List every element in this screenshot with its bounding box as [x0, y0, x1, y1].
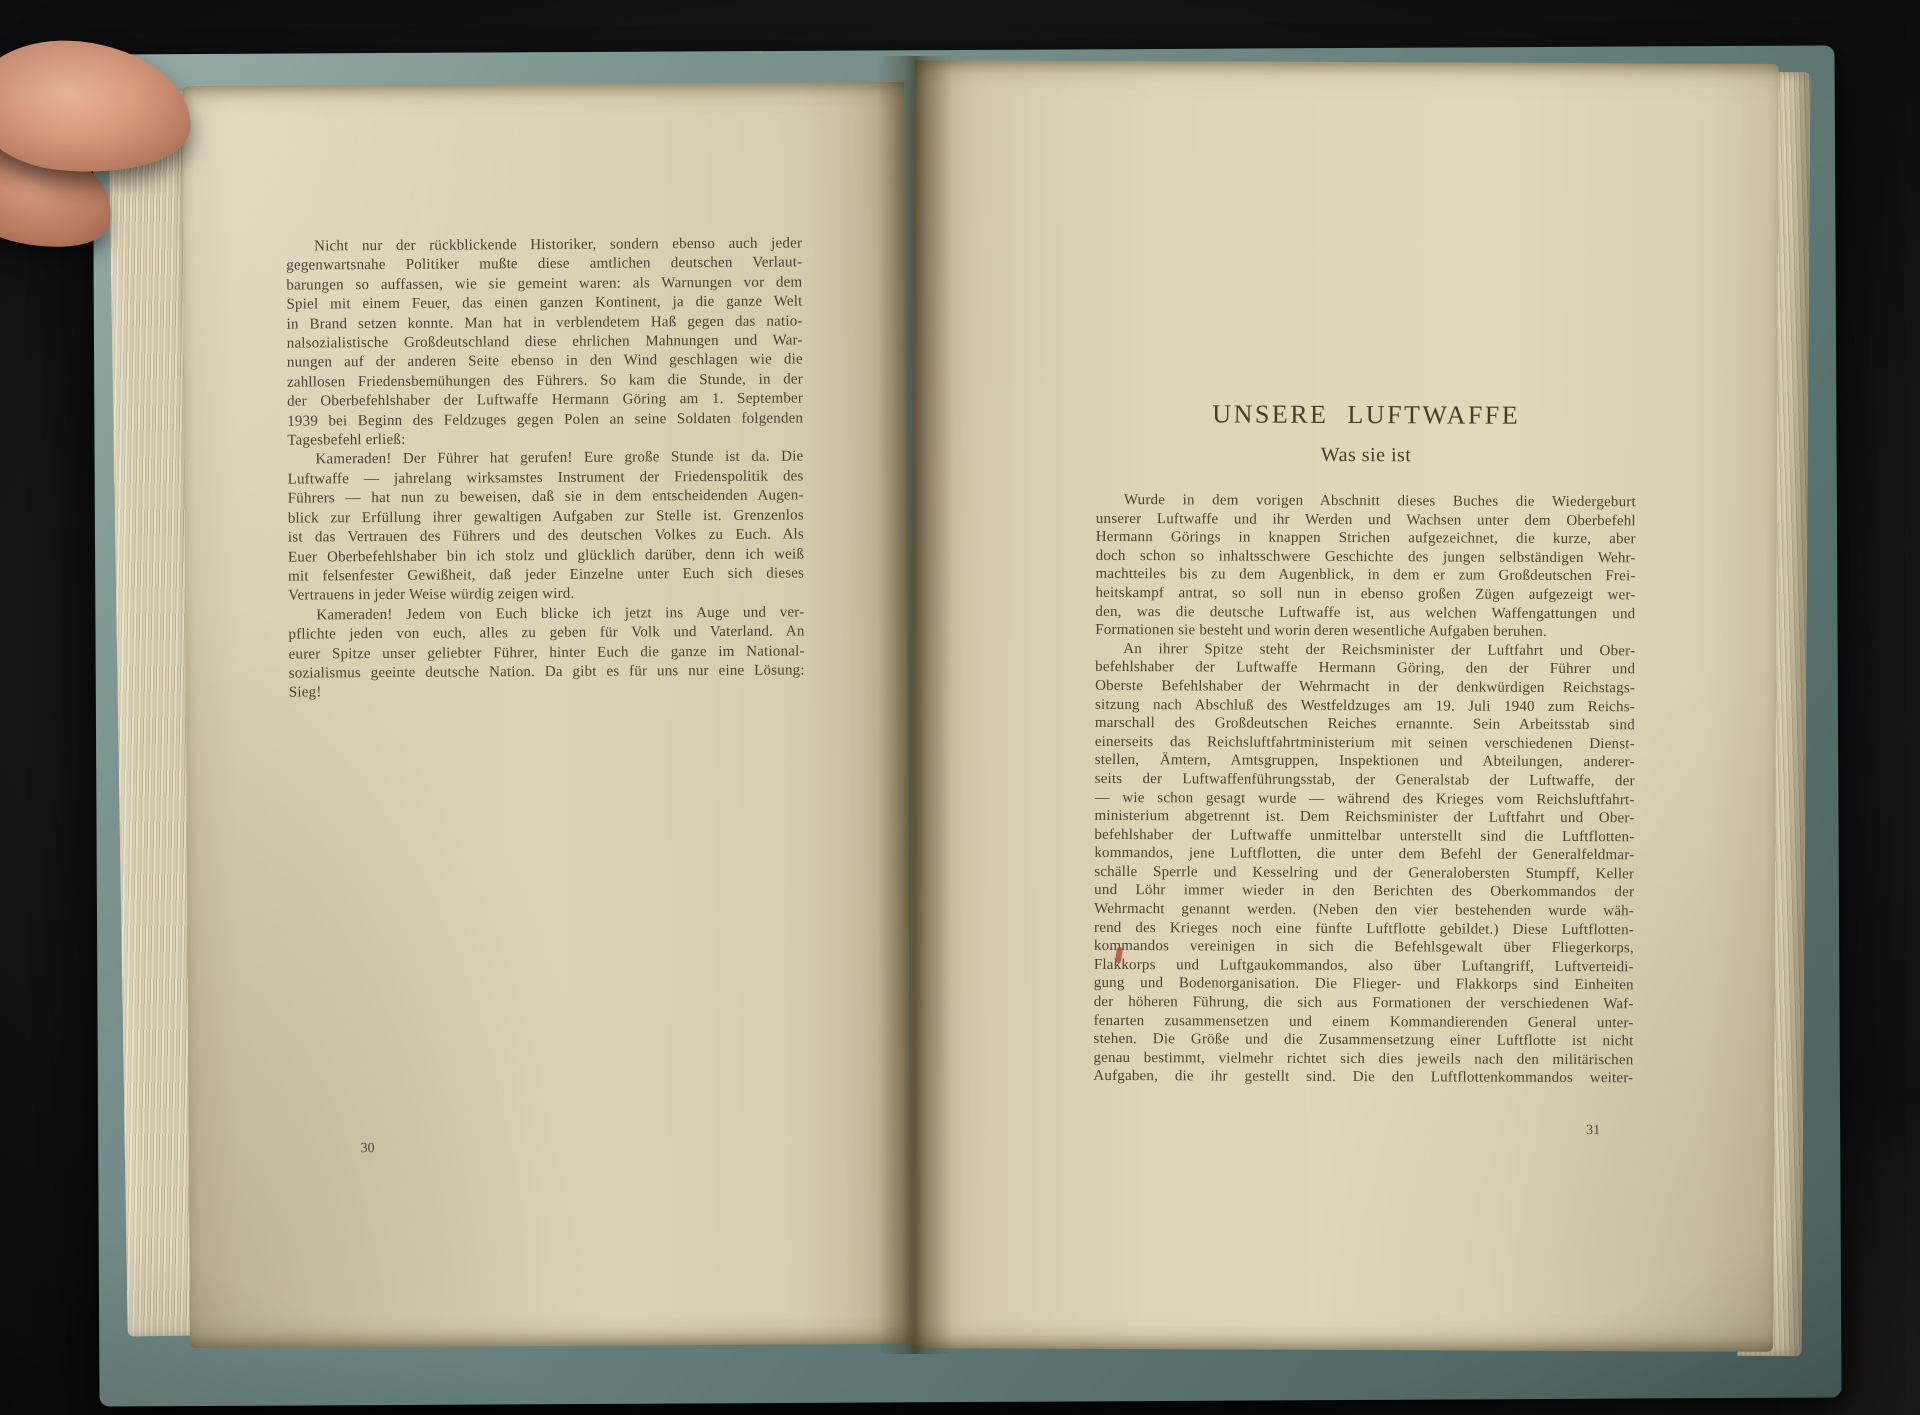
right-page: UNSERE LUFTWAFFE Was sie ist Wurde in de… — [909, 60, 1779, 1352]
text-line: pflichte jeden von euch, alles zu geben … — [288, 623, 804, 646]
text-line: befehlshaber der Luftwaffe unmittelbar u… — [1094, 826, 1634, 847]
text-line: gung und Bodenorganisation. Die Flieger-… — [1094, 974, 1634, 995]
text-line: Sieg! — [289, 681, 805, 704]
text-line: ministerium abgetrennt ist. Dem Reichsmi… — [1094, 807, 1634, 828]
text-line: fenarten zusammensetzen und einem Komman… — [1094, 1012, 1634, 1033]
right-page-text: Wurde in dem vorigen Abschnitt dieses Bu… — [1093, 491, 1636, 1088]
text-line: sitzung nach Abschluß des Westfeldzuges … — [1095, 695, 1635, 716]
text-line: einerseits das Reichsluftfahrtministeriu… — [1095, 733, 1635, 754]
text-line: kommandos vereinigen in sich die Befehls… — [1094, 937, 1634, 958]
text-line: den, was die deutsche Luftwaffe ist, aus… — [1095, 602, 1635, 623]
photo-background: Nicht nur der rückblickende Historiker, … — [0, 0, 1920, 1415]
text-line: befehlshaber der Luftwaffe Hermann Görin… — [1095, 658, 1635, 679]
text-line: 1939 bei Beginn des Feldzuges gegen Pole… — [287, 409, 803, 432]
text-line: marschall des Großdeutschen Reiches erna… — [1095, 714, 1635, 735]
text-line: Flakkorps und Luftgaukommandos, also übe… — [1094, 956, 1634, 977]
text-line: unserer Luftwaffe und ihr Werden und Wac… — [1096, 510, 1636, 531]
text-line: rend des Krieges noch eine fünfte Luftfl… — [1094, 919, 1634, 940]
text-line: kommandos, jene Luftflotten, die unter d… — [1094, 844, 1634, 865]
chapter-title: UNSERE LUFTWAFFE — [1096, 399, 1636, 431]
text-line: der höheren Führung, die sich aus Format… — [1094, 993, 1634, 1014]
page-number-right: 31 — [1586, 1123, 1600, 1139]
text-line: mit felsenfester Gewißheit, daß jeder Ei… — [288, 564, 804, 587]
text-line: heitskampf antrat, so soll nun in ebenso… — [1095, 584, 1635, 605]
chapter-subtitle: Was sie ist — [1096, 443, 1636, 468]
text-line: seits der Luftwaffenführungsstab, der Ge… — [1095, 770, 1635, 791]
text-line: Formationen sie besteht und worin deren … — [1095, 621, 1635, 642]
text-line: Spiel mit einem Feuer, das einen ganzen … — [286, 293, 802, 316]
chapter-heading-block: UNSERE LUFTWAFFE Was sie ist — [1096, 399, 1636, 468]
text-line: sozialismus geeinte deutsche Nation. Da … — [289, 661, 805, 684]
text-line: und Löhr immer wieder in den Berichten d… — [1094, 881, 1634, 902]
paragraph: Wurde in dem vorigen Abschnitt dieses Bu… — [1095, 491, 1636, 642]
text-line: Oberste Befehlshaber der Wehrmacht in de… — [1095, 677, 1635, 698]
paragraph: An ihrer Spitze steht der Reichsminister… — [1093, 640, 1635, 1089]
text-line: der Oberbefehlshaber der Luftwaffe Herma… — [287, 390, 803, 413]
paragraph: Kameraden! Der Führer hat gerufen! Eure … — [287, 448, 804, 606]
paragraph: Kameraden! Jedem von Euch blicke ich jet… — [288, 603, 805, 703]
text-line: stellen, Ämtern, Amtsgruppen, Inspektion… — [1095, 751, 1635, 772]
text-line: doch schon so inhaltsschwere Geschichte … — [1096, 547, 1636, 568]
text-line: ist das Vertrauen des Führers und des de… — [288, 526, 804, 549]
text-line: genau bestimmt, vielmehr richtet sich di… — [1093, 1049, 1633, 1070]
book: Nicht nur der rückblickende Historiker, … — [0, 0, 1920, 1415]
text-line: Wehrmacht genannt werden. (Neben den vie… — [1094, 900, 1634, 921]
page-number-left: 30 — [361, 1141, 375, 1157]
text-line: An ihrer Spitze steht der Reichsminister… — [1095, 640, 1635, 661]
text-line: Wurde in dem vorigen Abschnitt dieses Bu… — [1096, 491, 1636, 512]
paragraph: Nicht nur der rückblickende Historiker, … — [286, 234, 803, 451]
text-line: Führers — hat nun zu beweisen, daß sie i… — [288, 487, 804, 510]
left-page-text: Nicht nur der rückblickende Historiker, … — [286, 234, 805, 703]
left-page: Nicht nur der rückblickende Historiker, … — [182, 82, 912, 1348]
text-line: schälle Sperrle und Kesselring und der G… — [1094, 863, 1634, 884]
text-line: Aufgaben, die ihr gestellt sind. Die den… — [1093, 1067, 1633, 1088]
text-line: stehen. Die Größe und die Zusammensetzun… — [1094, 1030, 1634, 1051]
text-line: Hermann Görings in knappen Strichen aufg… — [1096, 528, 1636, 549]
text-line: machtteiles bis zu dem Augenblick, in de… — [1096, 565, 1636, 586]
text-line: — wie schon gesagt wurde — während des K… — [1095, 788, 1635, 809]
